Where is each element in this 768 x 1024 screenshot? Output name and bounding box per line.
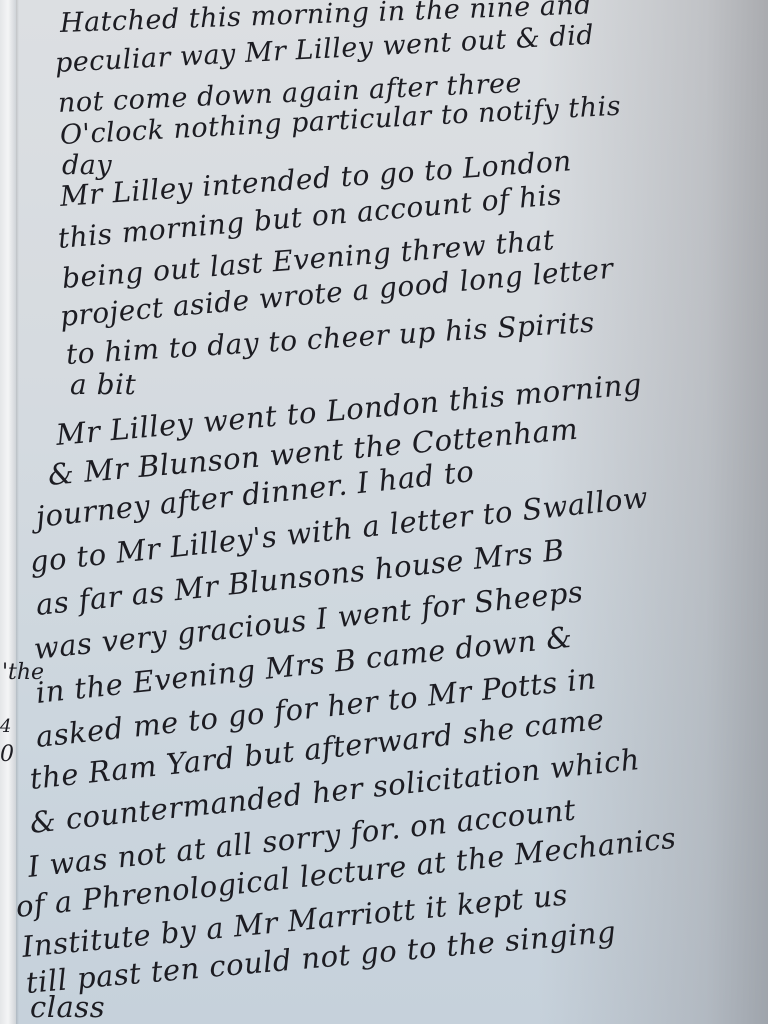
- page-edge: [0, 0, 16, 1024]
- diary-page: Hatched this morning in the nine and pec…: [0, 0, 768, 1024]
- diary-line: class: [30, 990, 105, 1024]
- margin-note: 'the: [2, 660, 44, 685]
- diary-line: a bit: [70, 368, 136, 401]
- margin-note: 4: [0, 716, 11, 737]
- margin-note: 0: [0, 742, 14, 767]
